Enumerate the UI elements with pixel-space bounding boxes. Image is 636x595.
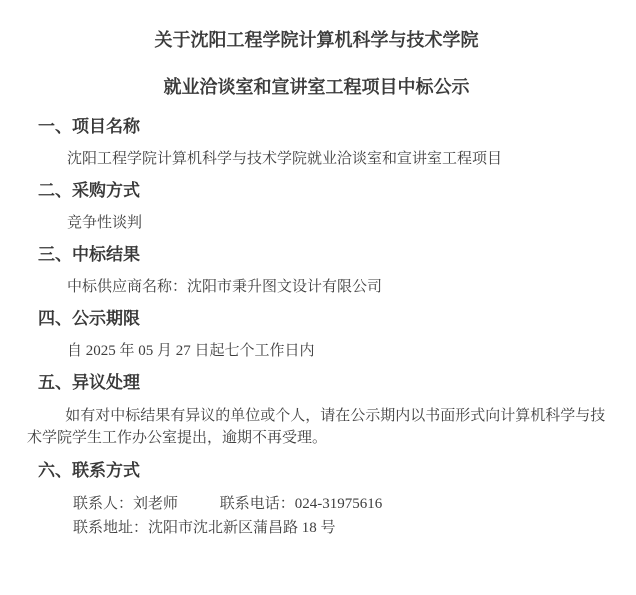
document-title-line1: 关于沈阳工程学院计算机科学与技术学院 <box>27 28 606 52</box>
contact-person-phone-line: 联系人：刘老师 联系电话：024-31975616 <box>73 493 606 515</box>
section-2-body: 竞争性谈判 <box>67 213 606 233</box>
section-3-heading: 三、中标结果 <box>38 245 606 265</box>
section-5-heading: 五、异议处理 <box>38 373 606 393</box>
document-title-line2: 就业洽谈室和宣讲室工程项目中标公示 <box>27 75 606 99</box>
section-award-result: 三、中标结果 中标供应商名称：沈阳市秉升图文设计有限公司 <box>27 245 606 297</box>
section-contact-info: 六、联系方式 联系人：刘老师 联系电话：024-31975616 联系地址：沈阳… <box>27 461 606 539</box>
announcement-document: 关于沈阳工程学院计算机科学与技术学院 就业洽谈室和宣讲室工程项目中标公示 一、项… <box>0 0 636 595</box>
section-2-heading: 二、采购方式 <box>38 181 606 201</box>
section-publicity-period: 四、公示期限 自 2025 年 05 月 27 日起七个工作日内 <box>27 309 606 361</box>
section-project-name: 一、项目名称 沈阳工程学院计算机科学与技术学院就业洽谈室和宣讲室工程项目 <box>27 117 606 169</box>
section-3-body: 中标供应商名称：沈阳市秉升图文设计有限公司 <box>67 277 606 297</box>
section-4-body: 自 2025 年 05 月 27 日起七个工作日内 <box>67 341 606 361</box>
section-1-heading: 一、项目名称 <box>38 117 606 137</box>
contact-address-line: 联系地址：沈阳市沈北新区蒲昌路 18 号 <box>73 517 606 539</box>
section-4-heading: 四、公示期限 <box>38 309 606 329</box>
section-6-heading: 六、联系方式 <box>38 461 606 481</box>
section-objection-handling: 五、异议处理 如有对中标结果有异议的单位或个人，请在公示期内以书面形式向计算机科… <box>27 373 606 449</box>
contact-phone: 联系电话：024-31975616 <box>220 493 383 515</box>
section-1-body: 沈阳工程学院计算机科学与技术学院就业洽谈室和宣讲室工程项目 <box>67 149 606 169</box>
contact-address: 联系地址：沈阳市沈北新区蒲昌路 18 号 <box>73 520 336 536</box>
section-5-paragraph: 如有对中标结果有异议的单位或个人，请在公示期内以书面形式向计算机科学与技术学院学… <box>27 405 606 449</box>
contact-person: 联系人：刘老师 <box>73 496 178 512</box>
section-procurement-method: 二、采购方式 竞争性谈判 <box>27 181 606 233</box>
